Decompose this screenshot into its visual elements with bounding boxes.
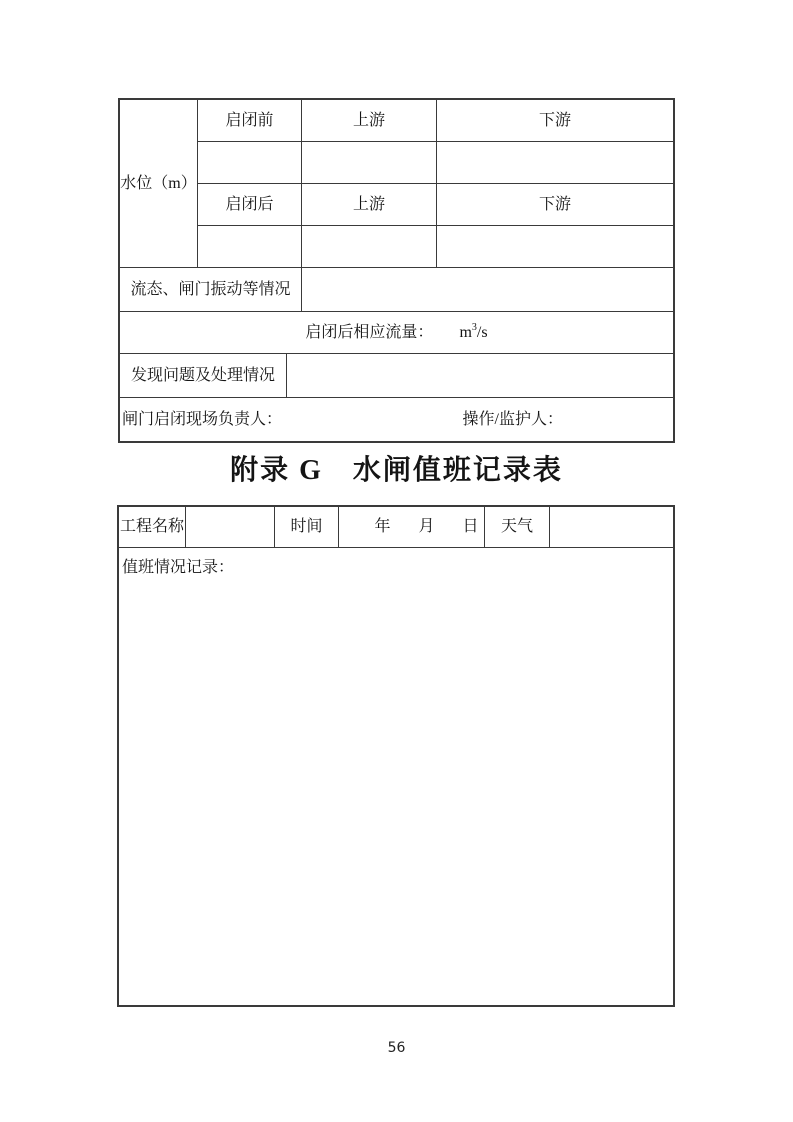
weather-value-cell	[550, 507, 673, 548]
upstream-header-cell: 上游	[302, 100, 437, 142]
problems-label-cell: 发现问题及处理情况	[120, 354, 287, 398]
phase-before-cell: 启闭前	[198, 100, 302, 142]
empty-value-cell	[437, 226, 673, 268]
year-label: 年	[374, 517, 390, 536]
date-cell: 年 月 日	[339, 507, 485, 548]
flow-state-value-cell	[302, 268, 673, 312]
empty-value-cell	[437, 142, 673, 184]
downstream-header-cell: 下游	[437, 184, 673, 226]
time-label-cell: 时间	[275, 507, 339, 548]
discharge-row: 启闭后相应流量： m3/s	[120, 312, 673, 354]
water-level-label-cell: 水位（m）	[120, 100, 198, 268]
empty-value-cell	[198, 226, 302, 268]
document-page: 水位（m） 启闭前 上游 下游 启闭后 上游 下游 流态、闸门振动等情况 启闭后…	[0, 0, 793, 1122]
duty-log-table: 工程名称 时间 年 月 日 天气 值班情况记录：	[117, 505, 675, 1007]
signature-row: 闸门启闭现场负责人： 操作/监护人：	[120, 398, 673, 441]
empty-value-cell	[198, 142, 302, 184]
project-name-label-cell: 工程名称	[119, 507, 186, 548]
project-name-value-cell	[186, 507, 275, 548]
page-number: 56	[0, 1040, 793, 1056]
upstream-header-cell: 上游	[302, 184, 437, 226]
site-leader-label: 闸门启闭现场负责人：	[122, 410, 282, 429]
day-label: 日	[463, 517, 479, 536]
discharge-unit: m3/s	[459, 323, 487, 342]
phase-after-cell: 启闭后	[198, 184, 302, 226]
weather-label-cell: 天气	[485, 507, 550, 548]
downstream-header-cell: 下游	[437, 100, 673, 142]
appendix-title: 附录 G 水闸值班记录表	[0, 448, 793, 488]
operator-label: 操作/监护人：	[463, 410, 563, 429]
problems-value-cell	[287, 354, 673, 398]
month-label: 月	[418, 517, 434, 536]
flow-state-label-cell: 流态、闸门振动等情况	[120, 268, 302, 312]
duty-record-cell: 值班情况记录：	[119, 548, 673, 1005]
gate-operation-record-table: 水位（m） 启闭前 上游 下游 启闭后 上游 下游 流态、闸门振动等情况 启闭后…	[118, 98, 675, 443]
discharge-label: 启闭后相应流量：	[305, 323, 433, 342]
empty-value-cell	[302, 226, 437, 268]
empty-value-cell	[302, 142, 437, 184]
